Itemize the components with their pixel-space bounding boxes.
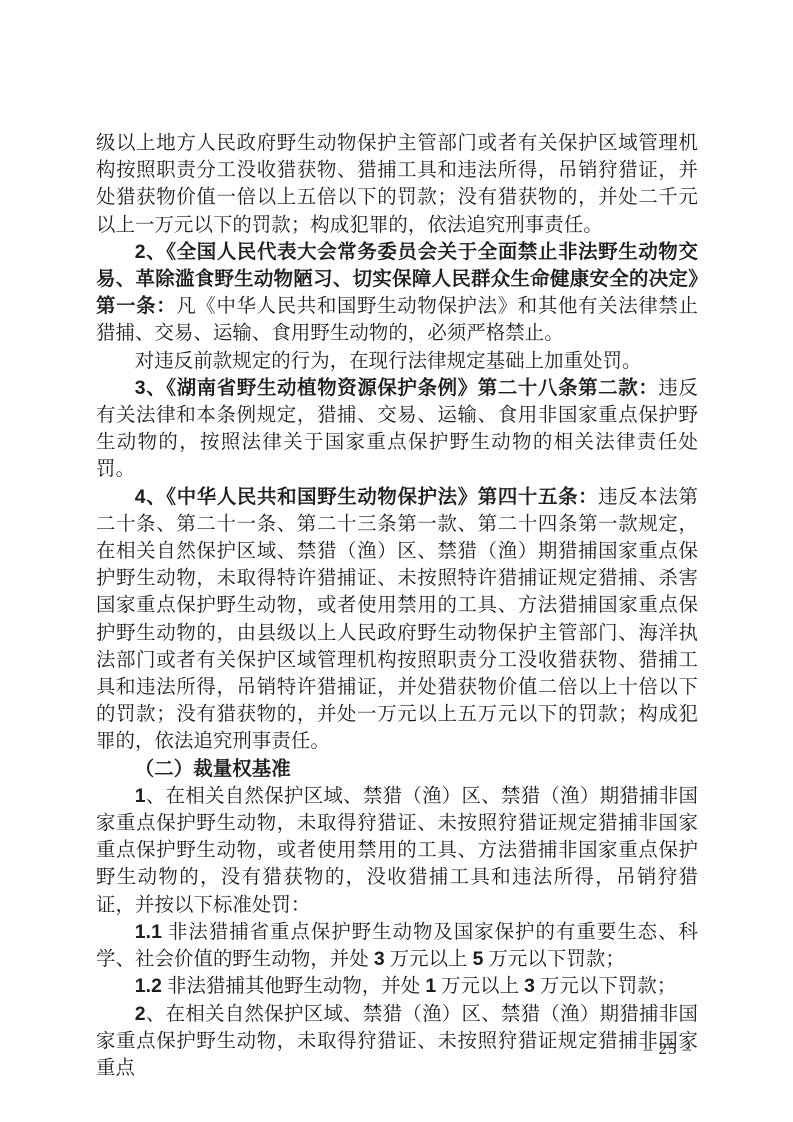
body-text: 、在相关自然保护区域、禁猎（渔）区、禁猎（渔）期猎捕非国家重点保护野生动物，未取… xyxy=(96,786,698,916)
body-text: 对违反前款规定的行为，在现行法律规定基础上加重处罚。 xyxy=(135,351,642,372)
bold-text: 1.1 xyxy=(135,921,162,943)
bold-text: 3、《湖南省野生动植物资源保护条例》第二十八条第二款： xyxy=(135,377,659,399)
paragraph-continuation: 级以上地方人民政府野生动物保护主管部门或者有关保护区域管理机构按照职责分工没收猎… xyxy=(96,130,698,239)
document-body: 级以上地方人民政府野生动物保护主管部门或者有关保护区域管理机构按照职责分工没收猎… xyxy=(96,130,698,1082)
bold-text: 4、《中华人民共和国野生动物保护法》第四十五条： xyxy=(135,486,598,508)
body-text: 违反本法第二十条、第二十一条、第二十三条第一款、第二十四条第一款规定，在相关自然… xyxy=(96,487,698,753)
paragraph-item-2: 2、《全国人民代表大会常务委员会关于全面禁止非法野生动物交易、革除滥食野生动物陋… xyxy=(96,239,698,348)
bold-text: 3 xyxy=(524,975,535,997)
bold-text: 5 xyxy=(473,948,484,970)
bold-text: 3 xyxy=(374,948,385,970)
bold-text: （二）裁量权基准 xyxy=(135,758,291,780)
body-text: 非法猎捕其他野生动物，并处 xyxy=(162,976,425,997)
paragraph-standard-1-1: 1.1 非法猎捕省重点保护野生动物及国家保护的有重要生态、科学、社会价值的野生动… xyxy=(96,919,698,973)
bold-text: 1 xyxy=(135,785,146,807)
body-text: 万元以下罚款； xyxy=(535,976,676,997)
page-number: – 25 – xyxy=(628,1038,708,1060)
paragraph-supplement: 对违反前款规定的行为，在现行法律规定基础上加重处罚。 xyxy=(96,348,698,375)
section-heading: （二）裁量权基准 xyxy=(96,756,698,783)
paragraph-standard-1: 1、在相关自然保护区域、禁猎（渔）区、禁猎（渔）期猎捕非国家重点保护野生动物，未… xyxy=(96,783,698,919)
body-text: 万元以上 xyxy=(436,976,524,997)
paragraph-standard-1-2: 1.2 非法猎捕其他野生动物，并处 1 万元以上 3 万元以下罚款； xyxy=(96,973,698,1000)
body-text: 级以上地方人民政府野生动物保护主管部门或者有关保护区域管理机构按照职责分工没收猎… xyxy=(96,133,698,236)
bold-text: 2 xyxy=(135,1003,146,1025)
bold-text: 1.2 xyxy=(135,975,162,997)
body-text: 万元以下罚款； xyxy=(483,949,624,970)
paragraph-standard-2: 2、在相关自然保护区域、禁猎（渔）区、禁猎（渔）期猎捕非国家重点保护野生动物，未… xyxy=(96,1001,698,1083)
paragraph-item-3: 3、《湖南省野生动植物资源保护条例》第二十八条第二款：违反有关法律和本条例规定，… xyxy=(96,375,698,484)
paragraph-item-4: 4、《中华人民共和国野生动物保护法》第四十五条：违反本法第二十条、第二十一条、第… xyxy=(96,484,698,756)
body-text: 凡《中华人民共和国野生动物保护法》和其他有关法律禁止猎捕、交易、运输、食用野生动… xyxy=(96,296,698,344)
document-page: 级以上地方人民政府野生动物保护主管部门或者有关保护区域管理机构按照职责分工没收猎… xyxy=(0,0,793,1122)
body-text: 万元以上 xyxy=(385,949,473,970)
bold-text: 1 xyxy=(425,975,436,997)
body-text: 、在相关自然保护区域、禁猎（渔）区、禁猎（渔）期猎捕非国家重点保护野生动物，未取… xyxy=(96,1004,698,1079)
